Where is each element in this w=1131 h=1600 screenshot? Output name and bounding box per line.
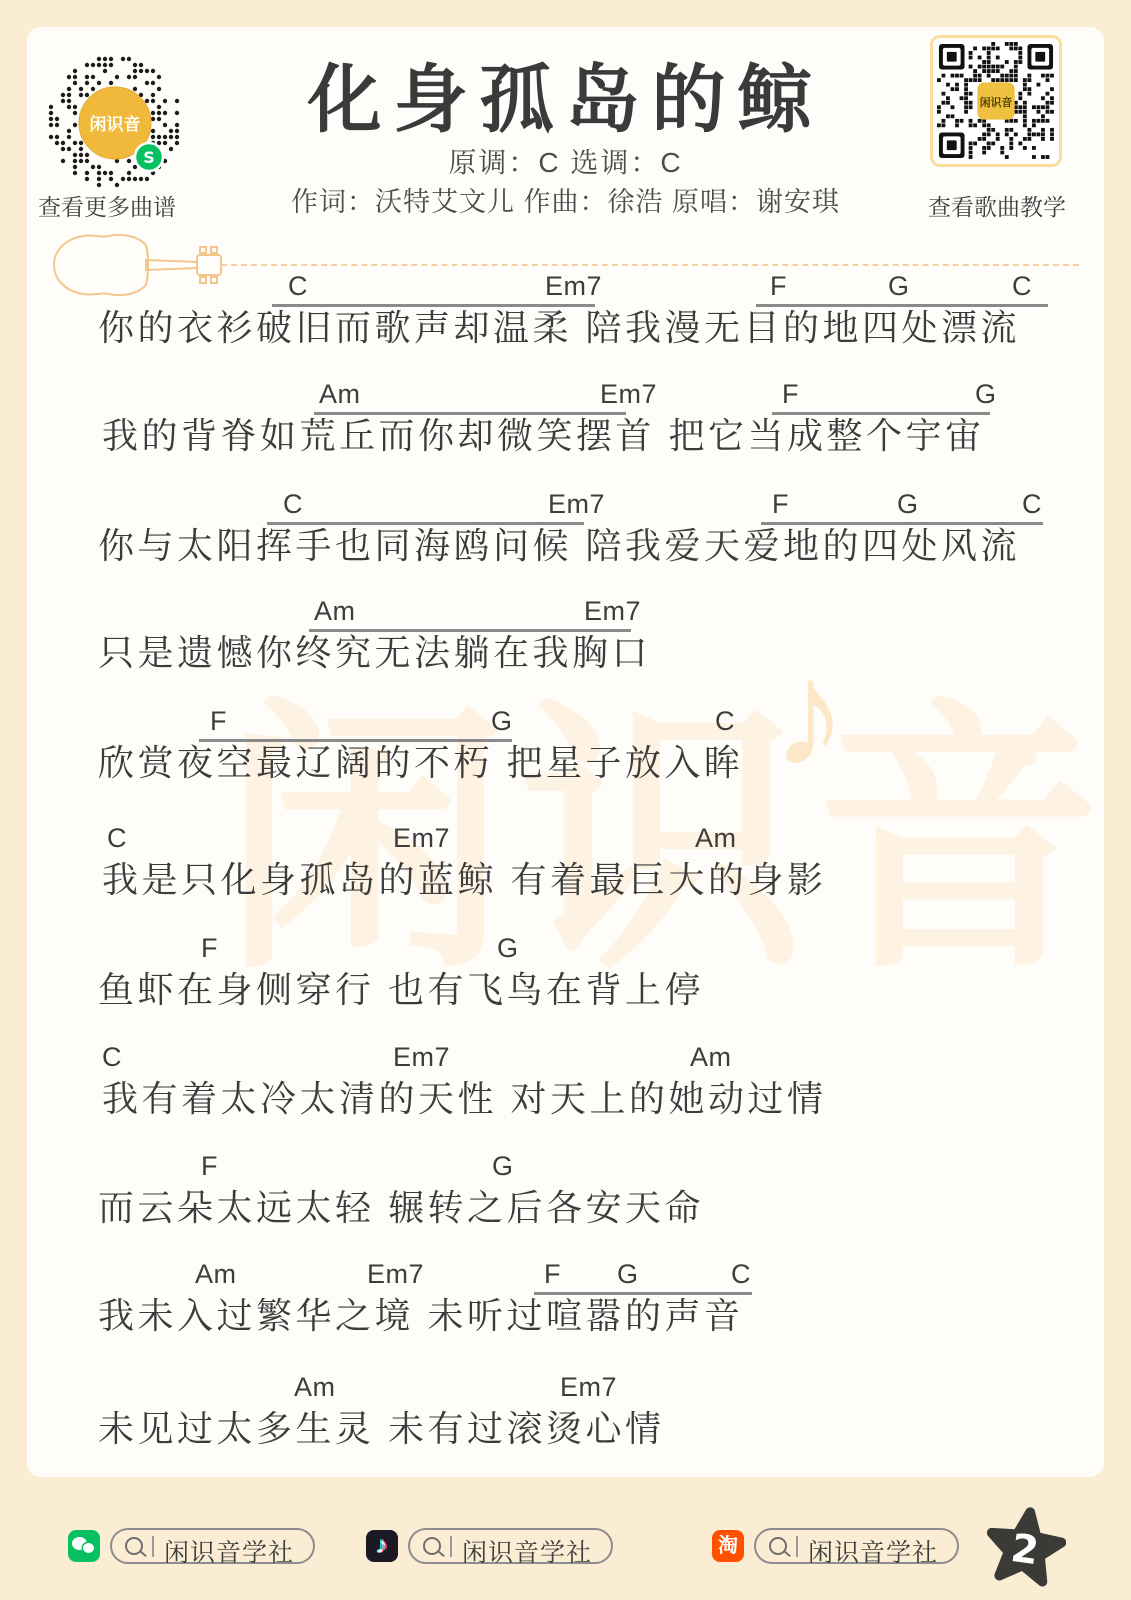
lyric-line: AmEm7只是遗憾你终究无法躺在我胸口 [27,595,1104,679]
chord-label: Em7 [367,1258,424,1290]
lyric-text: 未见过太多生灵 未有过滚烫心情 [98,1407,665,1451]
chord-label: C [107,822,127,854]
lyric-text: 你的衣衫破旧而歌声却温柔 陪我漫无目的地四处漂流 [98,306,1020,350]
search-pill: 闲识音学社 [754,1528,959,1564]
search-icon [423,1537,441,1555]
chord-label: G [492,1150,514,1182]
search-pill: 闲识音学社 [110,1528,315,1564]
lyric-text: 而云朵太远太轻 辗转之后各安天命 [98,1186,704,1230]
chord-label: Am [294,1371,336,1403]
chord-label: F [782,378,799,410]
chord-label: G [897,488,919,520]
lyric-line: AmEm7未见过太多生灵 未有过滚烫心情 [27,1371,1104,1455]
chord-label: Am [319,378,361,410]
chord-label: Em7 [560,1371,617,1403]
lyric-line: CEm7Am我有着太冷太清的天性 对天上的她动过情 [27,1041,1104,1125]
lyric-line: AmEm7FGC我未入过繁华之境 未听过喧嚣的声音 [27,1258,1104,1342]
wechat-icon [68,1530,100,1562]
chord-label: F [201,932,218,964]
pill-divider [450,1536,452,1557]
page-number-star: 2 [984,1506,1066,1588]
search-text: 闲识音学社 [462,1533,592,1569]
chord-label: G [617,1258,639,1290]
taobao-icon: 淘 [712,1530,744,1562]
chord-label: G [491,705,513,737]
pill-divider [796,1536,798,1557]
lyric-text: 你与太阳挥手也同海鸥问候 陪我爱天爱地的四处风流 [98,524,1020,568]
douyin-glyph: ♪ [366,1530,398,1562]
chord-label: Em7 [548,488,605,520]
chord-label: G [975,378,997,410]
pill-divider [152,1536,154,1557]
lyric-text: 我未入过繁华之境 未听过喧嚣的声音 [98,1294,744,1338]
chord-label: F [210,705,227,737]
chord-label: C [715,705,735,737]
chord-label: Em7 [584,595,641,627]
lyrics: CEm7FGC你的衣衫破旧而歌声却温柔 陪我漫无目的地四处漂流AmEm7FG我的… [27,27,1104,1477]
chord-label: F [770,270,787,302]
chord-label: C [288,270,308,302]
lyric-line: AmEm7FG我的背脊如荒丘而你却微笑摆首 把它当成整个宇宙 [27,378,1104,462]
chord-label: F [201,1150,218,1182]
lyric-text: 欣赏夜空最辽阔的不朽 把星子放入眸 [98,741,744,785]
chord-label: G [497,932,519,964]
search-pill: 闲识音学社 [408,1528,613,1564]
chord-label: C [1022,488,1042,520]
search-icon [769,1537,787,1555]
chord-label: F [544,1258,561,1290]
lyric-line: FGC欣赏夜空最辽阔的不朽 把星子放入眸 [27,705,1104,789]
search-icon [125,1537,143,1555]
chord-label: Am [314,595,356,627]
chord-label: F [772,488,789,520]
footer: 闲识音学社♪闲识音学社淘闲识音学社 2 [0,1490,1131,1600]
search-text: 闲识音学社 [808,1533,938,1569]
chord-label: G [888,270,910,302]
chord-label: Am [195,1258,237,1290]
chord-label: C [1012,270,1032,302]
chord-label: Am [695,822,737,854]
lyric-line: CEm7FGC你与太阳挥手也同海鸥问候 陪我爱天爱地的四处风流 [27,488,1104,572]
chord-label: Em7 [393,822,450,854]
chord-sheet-page: { "colors": { "background": "#fbecd4", "… [0,0,1131,1600]
chord-label: C [731,1258,751,1290]
lyric-text: 我的背脊如荒丘而你却微笑摆首 把它当成整个宇宙 [102,414,985,458]
sheet-card: 闲识音S 查看更多曲谱 化身孤岛的鲸 原调：C 选调：C 作词：沃特艾文儿 作曲… [27,27,1104,1477]
lyric-line: CEm7Am我是只化身孤岛的蓝鲸 有着最巨大的身影 [27,822,1104,906]
lyric-line: FG而云朵太远太轻 辗转之后各安天命 [27,1150,1104,1234]
lyric-text: 我是只化身孤岛的蓝鲸 有着最巨大的身影 [102,858,827,902]
chord-label: Em7 [600,378,657,410]
lyric-text: 只是遗憾你终究无法躺在我胸口 [98,631,651,675]
chord-label: Em7 [393,1041,450,1073]
douyin-icon: ♪ [366,1530,398,1562]
chord-label: Em7 [545,270,602,302]
chord-label: C [283,488,303,520]
chord-label: C [102,1041,122,1073]
lyric-text: 鱼虾在身侧穿行 也有飞鸟在背上停 [98,968,704,1012]
taobao-glyph: 淘 [712,1530,744,1562]
search-text: 闲识音学社 [164,1533,294,1569]
lyric-line: FG鱼虾在身侧穿行 也有飞鸟在背上停 [27,932,1104,1016]
chord-label: Am [690,1041,732,1073]
lyric-text: 我有着太冷太清的天性 对天上的她动过情 [102,1077,827,1121]
lyric-line: CEm7FGC你的衣衫破旧而歌声却温柔 陪我漫无目的地四处漂流 [27,270,1104,354]
